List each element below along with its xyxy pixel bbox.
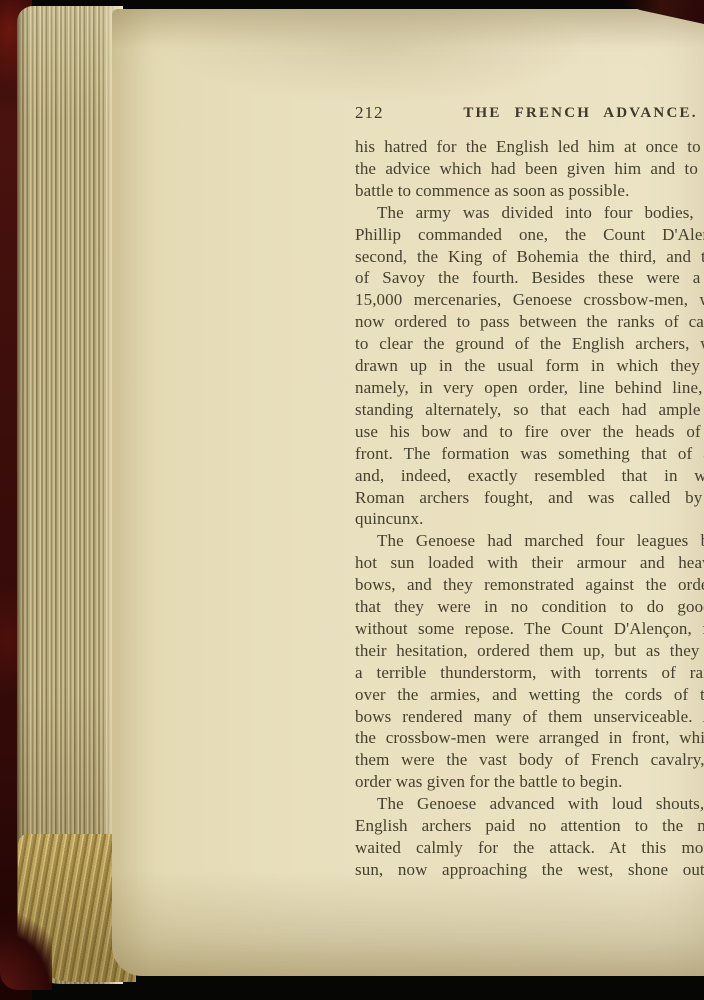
text-line: to clear the ground of the English arche… xyxy=(355,333,704,355)
text-line: them were the vast body of French cavalr… xyxy=(355,749,704,771)
scanned-book-photo: 212 THE FRENCH ADVANCE. his hatred for t… xyxy=(0,0,704,1000)
paragraph: The Genoese advanced with loud shouts, b… xyxy=(355,793,704,881)
text-line: namely, in very open order, line behind … xyxy=(355,377,704,399)
text-line: Roman archers fought, and was called by … xyxy=(355,487,704,509)
page-text: his hatred for the English led him at on… xyxy=(355,136,704,881)
text-line: waited calmly for the attack. At this mo… xyxy=(355,837,704,859)
paragraph: The army was divided into four bodies, o… xyxy=(355,202,704,531)
text-line: over the armies, and wetting the cords o… xyxy=(355,684,704,706)
running-title: THE FRENCH ADVANCE. xyxy=(371,105,704,122)
text-line: hot sun loaded with their armour and hea… xyxy=(355,552,704,574)
book-page: 212 THE FRENCH ADVANCE. his hatred for t… xyxy=(112,9,704,976)
text-line: quincunx. xyxy=(355,508,704,530)
text-line: a terrible thunderstorm, with torrents o… xyxy=(355,662,704,684)
page-header: 212 THE FRENCH ADVANCE. xyxy=(355,103,704,125)
text-line: The Genoese had marched four leagues ben… xyxy=(355,530,704,552)
paragraph: his hatred for the English led him at on… xyxy=(355,136,704,202)
text-line: use his bow and to fire over the heads o… xyxy=(355,421,704,443)
text-line: the advice which had been given him and … xyxy=(355,158,704,180)
text-line: 15,000 mercenaries, Genoese crossbow-men… xyxy=(355,289,704,311)
text-line: bows, and they remonstrated against the … xyxy=(355,574,704,596)
text-line: their hesitation, ordered them up, but a… xyxy=(355,640,704,662)
text-line: Phillip commanded one, the Count D'Alenç… xyxy=(355,224,704,246)
text-line: front. The formation was something that … xyxy=(355,443,704,465)
text-line: his hatred for the English led him at on… xyxy=(355,136,704,158)
text-line: The army was divided into four bodies, o… xyxy=(355,202,704,224)
text-line: order was given for the battle to begin. xyxy=(355,771,704,793)
text-line: that they were in no condition to do goo… xyxy=(355,596,704,618)
text-line: without some repose. The Count D'Alençon… xyxy=(355,618,704,640)
text-line: the crossbow-men were arranged in front,… xyxy=(355,727,704,749)
paragraph: The Genoese had marched four leagues ben… xyxy=(355,530,704,793)
text-line: and, indeed, exactly resembled that in w… xyxy=(355,465,704,487)
text-line: The Genoese advanced with loud shouts, b… xyxy=(355,793,704,815)
text-line: second, the King of Bohemia the third, a… xyxy=(355,246,704,268)
text-line: English archers paid no attention to the… xyxy=(355,815,704,837)
text-line: battle to commence as soon as possible. xyxy=(355,180,704,202)
text-line: sun, now approaching the west, shone out… xyxy=(355,859,704,881)
book-cover-corner-bottom-left xyxy=(0,902,52,990)
text-line: standing alternately, so that each had a… xyxy=(355,399,704,421)
text-line: of Savoy the fourth. Besides these were … xyxy=(355,267,704,289)
text-line: now ordered to pass between the ranks of… xyxy=(355,311,704,333)
text-line: drawn up in the usual form in which they… xyxy=(355,355,704,377)
text-line: bows rendered many of them unserviceable… xyxy=(355,706,704,728)
